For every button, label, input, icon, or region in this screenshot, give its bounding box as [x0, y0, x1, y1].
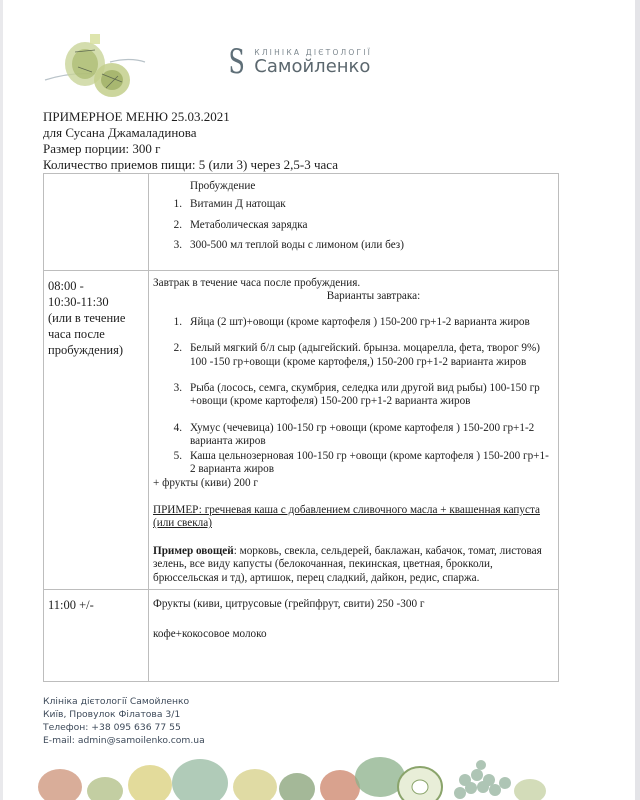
- time-cell: 11:00 +/-: [44, 589, 149, 681]
- list-item: 2.Белый мягкий б/л сыр (адыгейский. брын…: [153, 342, 554, 369]
- table-row: 11:00 +/- Фрукты (киви, цитрусовые (грей…: [44, 589, 559, 681]
- list-item: 2.Метаболическая зарядка: [153, 219, 554, 232]
- fruit-note: + фрукты (киви) 200 г: [153, 477, 554, 490]
- artichoke-illustration-icon: [40, 22, 150, 102]
- snack-fruits: Фрукты (киви, цитрусовые (грейпфрут, сви…: [153, 598, 554, 611]
- wakeup-heading: Пробуждение: [153, 180, 554, 193]
- footer-clinic: Клініка дієтології Самойленко: [43, 695, 205, 708]
- content-cell: Пробуждение 1.Витамин Д натощак 2.Метабо…: [149, 174, 559, 271]
- list-item: 3.300-500 мл теплой воды с лимоном (или …: [153, 239, 554, 252]
- logo-s-icon: S: [228, 45, 244, 79]
- menu-meta: ПРИМЕРНОЕ МЕНЮ 25.03.2021 для Сусана Джа…: [43, 109, 338, 173]
- list-item: 3.Рыба (лосось, семга, скумбрия, селедка…: [153, 382, 554, 409]
- table-row: 08:00 - 10:30-11:30 (или в течение часа …: [44, 271, 559, 590]
- menu-table: Пробуждение 1.Витамин Д натощак 2.Метабо…: [43, 173, 559, 682]
- content-cell: Фрукты (киви, цитрусовые (грейпфрут, сви…: [149, 589, 559, 681]
- client-name: для Сусана Джамаладинова: [43, 125, 338, 141]
- clinic-logo: S КЛІНІКА ДІЄТОЛОГІЇ Самойленко: [225, 45, 372, 79]
- footer-contacts: Клініка дієтології Самойленко Київ, Пров…: [43, 695, 205, 747]
- footer-email: E-mail: admin@samoilenko.com.ua: [43, 734, 205, 747]
- portion-size: Размер порции: 300 г: [43, 141, 338, 157]
- footer-phone: Телефон: +38 095 636 77 55: [43, 721, 205, 734]
- meal-count: Количество приемов пищи: 5 (или 3) через…: [43, 157, 338, 173]
- time-cell: 08:00 - 10:30-11:30 (или в течение часа …: [44, 271, 149, 590]
- list-item: 1.Витамин Д натощак: [153, 198, 554, 211]
- clinic-name: Самойленко: [254, 57, 372, 77]
- footer-address: Київ, Провулок Філатова 3/1: [43, 708, 205, 721]
- breakfast-intro: Завтрак в течение часа после пробуждения…: [153, 277, 554, 290]
- list-item: 5.Каша цельнозерновая 100-150 гр +овощи …: [153, 450, 554, 477]
- fruits-vegetables-illustration-icon: [35, 755, 565, 800]
- time-cell: [44, 174, 149, 271]
- document-title: ПРИМЕРНОЕ МЕНЮ 25.03.2021: [43, 109, 338, 125]
- page-edge: [635, 0, 640, 800]
- vegetable-examples: Пример овощей: морковь, свекла, сельдере…: [153, 545, 554, 585]
- snack-drink: кофе+кокосовое молоко: [153, 628, 554, 641]
- list-item: 1.Яйца (2 шт)+овощи (кроме картофеля ) 1…: [153, 316, 554, 329]
- page-edge: [0, 0, 3, 800]
- example-note: ПРИМЕР: гречневая каша с добавлением сли…: [153, 504, 554, 531]
- table-row: Пробуждение 1.Витамин Д натощак 2.Метабо…: [44, 174, 559, 271]
- breakfast-variants-label: Варианты завтрака:: [193, 290, 554, 303]
- list-item: 4.Хумус (чечевица) 100-150 гр +овощи (кр…: [153, 422, 554, 449]
- content-cell: Завтрак в течение часа после пробуждения…: [149, 271, 559, 590]
